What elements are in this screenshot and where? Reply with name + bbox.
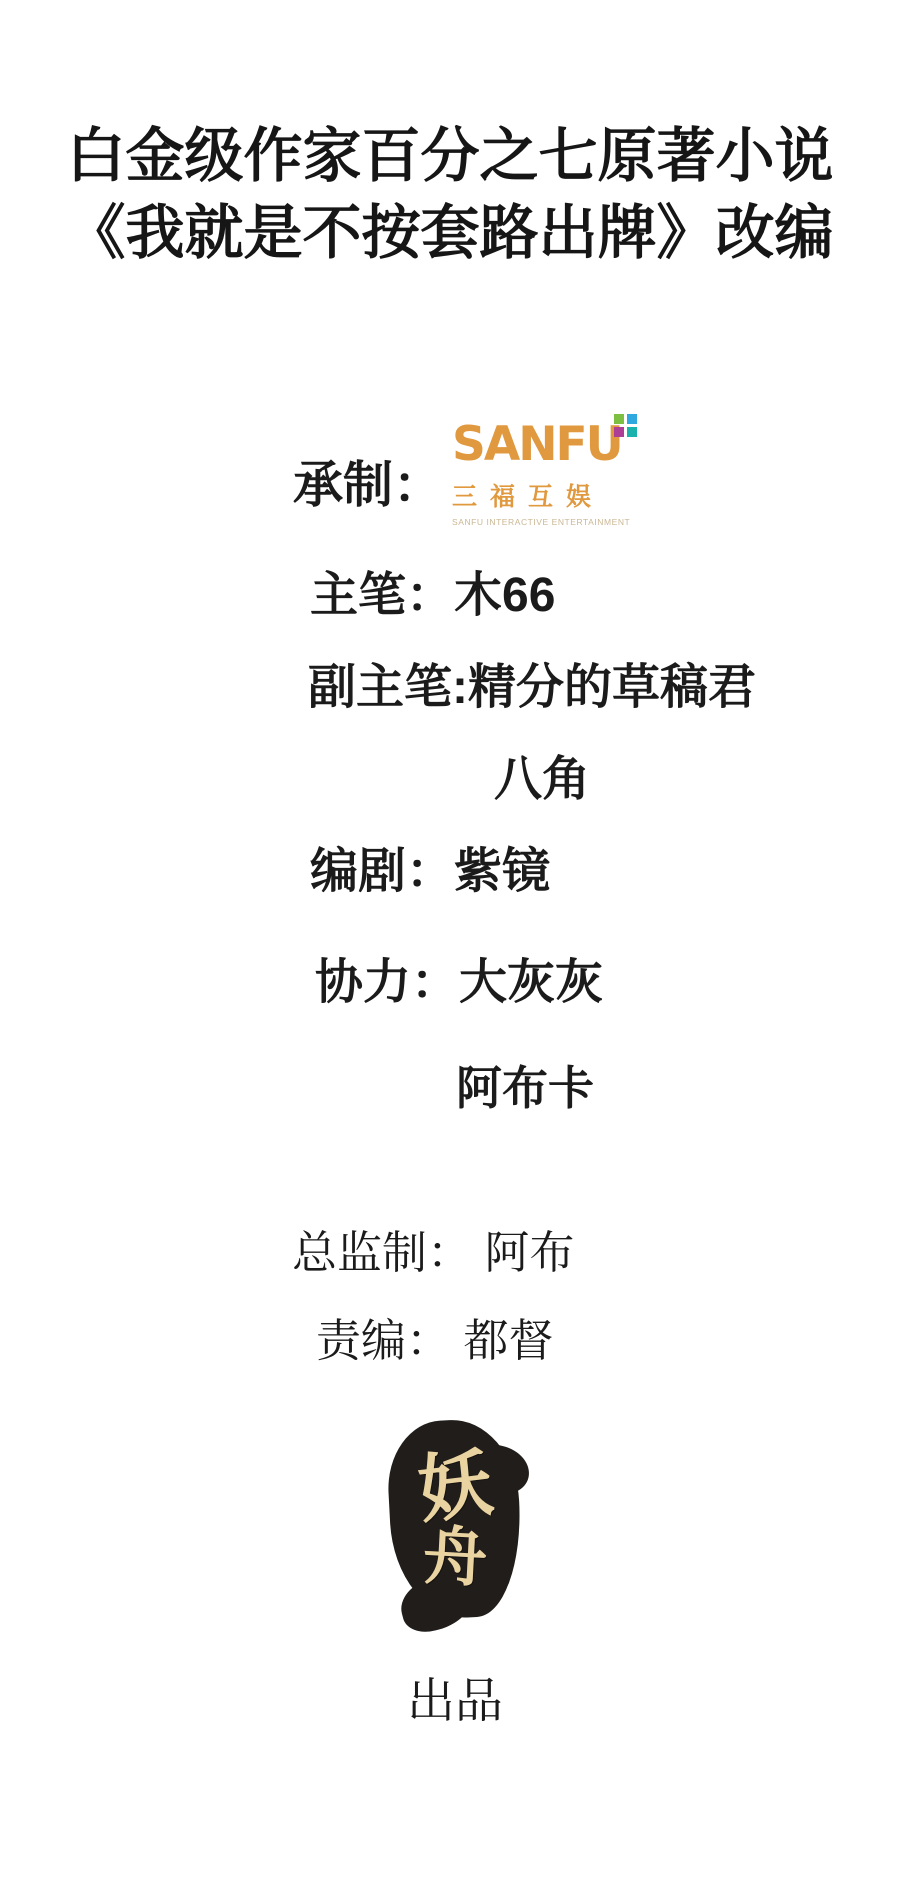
blue-square-icon [627, 414, 637, 424]
seal-character-2: 舟 [421, 1521, 489, 1594]
credit-editor: 责编： 都督 [316, 1304, 554, 1369]
credit-screenwriter: 编剧：紫镜 [310, 832, 550, 901]
credit-assistant-artist-2: 八角 [494, 740, 590, 809]
page-title: 白金级作家百分之七原著小说 《我就是不按套路出牌》改编 [0, 118, 900, 272]
credit-lead-artist: 主笔：木66 [310, 556, 555, 625]
green-square-icon [614, 414, 624, 424]
title-line-2: 《我就是不按套路出牌》改编 [0, 195, 900, 272]
sanfu-color-squares-icon [614, 414, 638, 438]
magenta-square-icon [614, 427, 624, 437]
credit-chief-supervisor: 总监制： 阿布 [292, 1216, 575, 1281]
sanfu-wordmark: SANFU [452, 417, 622, 472]
sanfu-english-name: SANFU INTERACTIVE ENTERTAINMENT [452, 517, 642, 527]
teal-square-icon [627, 427, 637, 437]
credit-assistant-artist: 副主笔:精分的草稿君 [308, 648, 756, 717]
seal-calligraphy: 妖 舟 [390, 1420, 520, 1618]
yaozhou-studio-seal: 妖 舟 [390, 1420, 520, 1618]
credit-support: 协力：大灰灰 [315, 943, 603, 1012]
sanfu-logo: SANFU 三福互娱 SANFU INTERACTIVE ENTERTAINME… [452, 418, 642, 527]
sanfu-chinese-name: 三福互娱 [452, 477, 642, 513]
title-line-1: 白金级作家百分之七原著小说 [0, 118, 900, 195]
publisher-label: 出品 [375, 1662, 535, 1731]
producer-label: 承制： [293, 445, 443, 517]
sanfu-wordmark-row: SANFU [452, 418, 622, 472]
credit-support-2: 阿布卡 [456, 1052, 594, 1118]
